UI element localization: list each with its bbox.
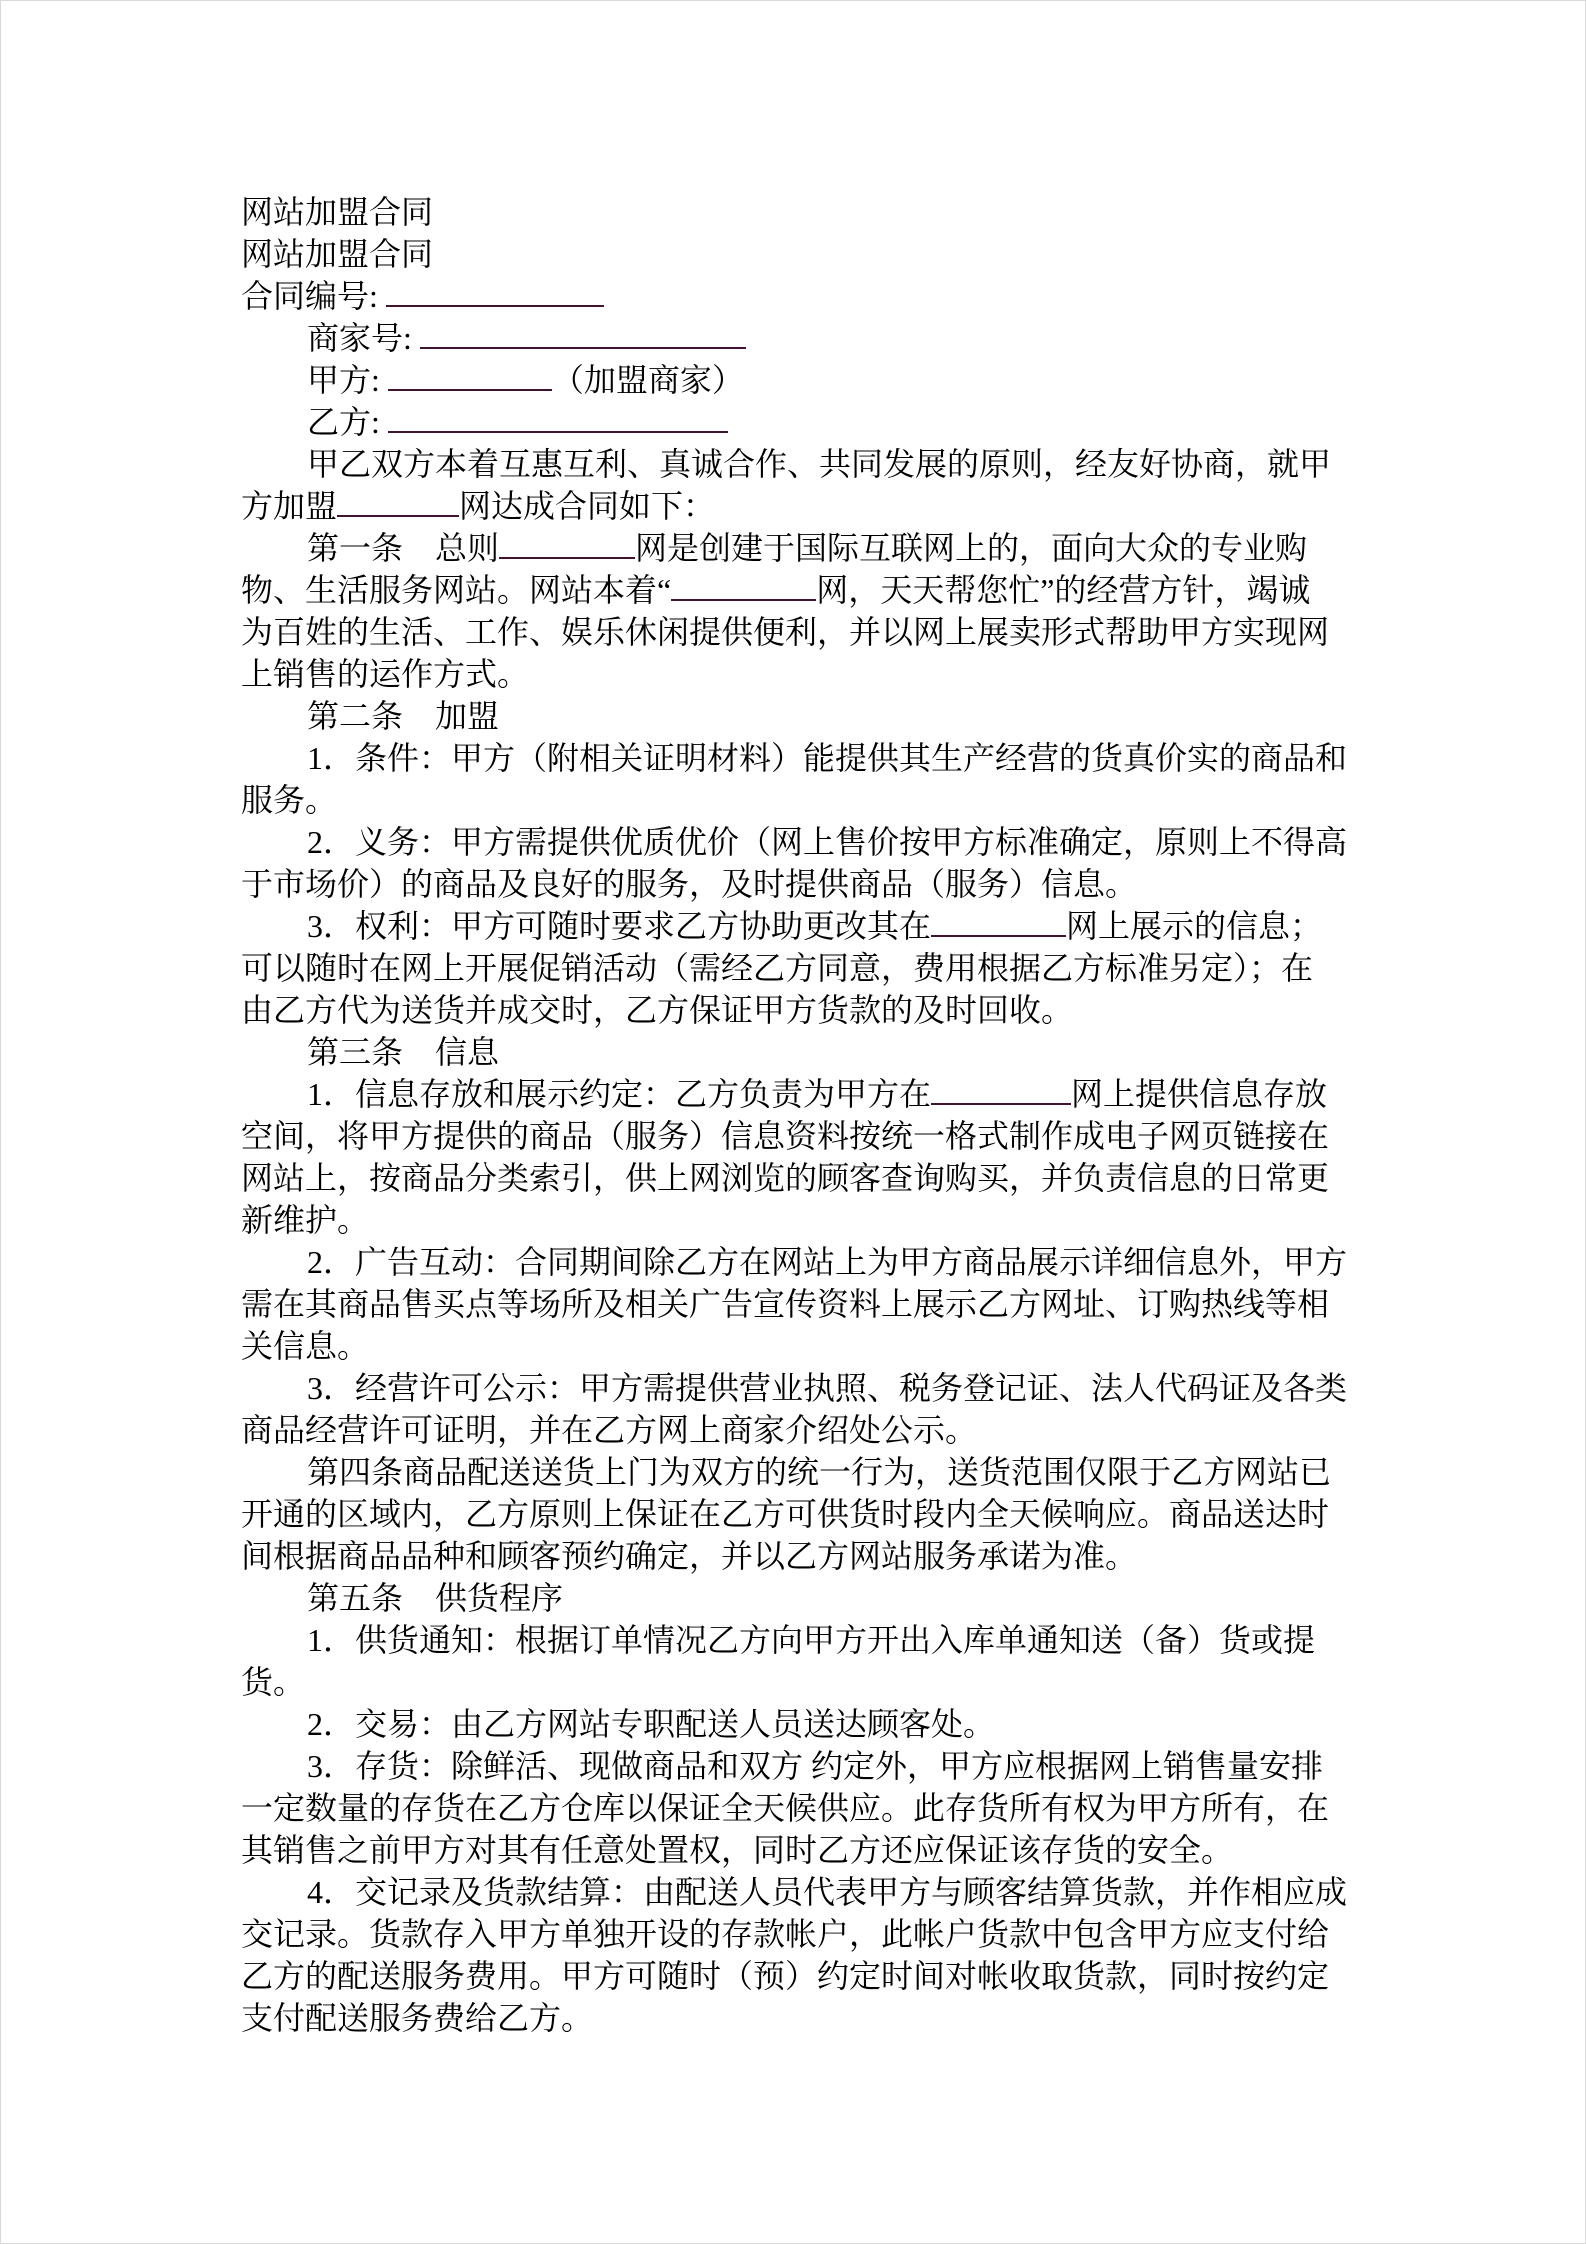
doc-line: 间根据商品品种和顾客预约确定，并以乙方网站服务承诺为准。: [241, 1535, 1347, 1577]
doc-line: 交记录。货款存入甲方单独开设的存款帐户，此帐户货款中包含甲方应支付给: [241, 1913, 1347, 1955]
doc-line: 1．信息存放和展示约定：乙方负责为甲方在网上提供信息存放: [241, 1073, 1347, 1115]
text-segment: 新维护。: [241, 1202, 369, 1238]
article-2-heading-line: 第二条 加盟: [241, 695, 1347, 737]
text-segment: 甲乙双方本着互惠互利、真诚合作、共同发展的原则，经友好协商，就甲: [307, 446, 1331, 482]
doc-line: 2．广告互动：合同期间除乙方在网站上为甲方商品展示详细信息外，甲方: [241, 1241, 1347, 1283]
text-segment: 方加盟: [241, 488, 337, 524]
doc-line: 新维护。: [241, 1199, 1347, 1241]
text-segment: 甲方:: [307, 362, 388, 398]
doc-line: 于市场价）的商品及良好的服务，及时提供商品（服务）信息。: [241, 863, 1347, 905]
text-segment: 网站加盟合同: [241, 236, 433, 272]
doc-line: 由乙方代为送货并成交时，乙方保证甲方货款的及时回收。: [241, 989, 1347, 1031]
text-segment: 网，天天帮您忙”的经营方针，竭诚: [816, 572, 1310, 608]
doc-line: 服务。: [241, 779, 1347, 821]
text-segment: 网站上，按商品分类索引，供上网浏览的顾客查询购买，并负责信息的日常更: [241, 1160, 1329, 1196]
doc-line: 1．供货通知：根据订单情况乙方向甲方开出入库单通知送（备）货或提: [241, 1619, 1347, 1661]
text-segment: 空间，将甲方提供的商品（服务）信息资料按统一格式制作成电子网页链接在: [241, 1118, 1329, 1154]
doc-line: 3．经营许可公示：甲方需提供营业执照、税务登记证、法人代码证及各类: [241, 1367, 1347, 1409]
doc-line: 乙方的配送服务费用。甲方可随时（预）约定时间对帐收取货款，同时按约定: [241, 1955, 1347, 1997]
doc-line: 甲乙双方本着互惠互利、真诚合作、共同发展的原则，经友好协商，就甲: [241, 443, 1347, 485]
doc-line: 4．交记录及货款结算：由配送人员代表甲方与顾客结算货款，并作相应成: [241, 1871, 1347, 1913]
text-segment: 由乙方代为送货并成交时，乙方保证甲方货款的及时回收。: [241, 992, 1073, 1028]
text-segment: 服务。: [241, 782, 337, 818]
doc-line: 支付配送服务费给乙方。: [241, 1997, 1347, 2039]
merchant-number-line: 商家号:: [241, 317, 1347, 359]
doc-line: 2．义务：甲方需提供优质优价（网上售价按甲方标准确定，原则上不得高: [241, 821, 1347, 863]
contract-number-line: 合同编号:: [241, 275, 1347, 317]
text-segment: 间根据商品品种和顾客预约确定，并以乙方网站服务承诺为准。: [241, 1538, 1137, 1574]
fill-in-blank-underline: [337, 485, 459, 517]
text-segment: （加盟商家）: [552, 362, 744, 398]
fill-in-blank-underline: [499, 527, 635, 559]
text-segment: 第二条 加盟: [307, 698, 499, 734]
doc-line: 开通的区域内，乙方原则上保证在乙方可供货时段内全天候响应。商品送达时: [241, 1493, 1347, 1535]
contract-number-blank-underline: [386, 275, 604, 307]
text-segment: 需在其商品售买点等场所及相关广告宣传资料上展示乙方网址、订购热线等相: [241, 1286, 1329, 1322]
text-segment: 其销售之前甲方对其有任意处置权，同时乙方还应保证该存货的安全。: [241, 1832, 1233, 1868]
text-segment: 1．供货通知：根据订单情况乙方向甲方开出入库单通知送（备）货或提: [307, 1622, 1315, 1658]
text-segment: 可以随时在网上开展促销活动（需经乙方同意，费用根据乙方标准另定）；在: [241, 950, 1313, 986]
article-5-heading-line: 第五条 供货程序: [241, 1577, 1347, 1619]
doc-line: 关信息。: [241, 1325, 1347, 1367]
merchant-number-blank-underline: [420, 317, 746, 349]
text-segment: 为百姓的生活、工作、娱乐休闲提供便利，并以网上展卖形式帮助甲方实现网: [241, 614, 1329, 650]
doc-line: 一定数量的存货在乙方仓库以保证全天候供应。此存货所有权为甲方所有，在: [241, 1787, 1347, 1829]
text-segment: 网达成合同如下：: [459, 488, 715, 524]
text-segment: 商品经营许可证明，并在乙方网上商家介绍处公示。: [241, 1412, 977, 1448]
text-segment: 网上展示的信息；: [1066, 908, 1322, 944]
text-segment: 物、生活服务网站。网站本着“: [241, 572, 671, 608]
text-segment: 3．存货：除鲜活、现做商品和双方 约定外，甲方应根据网上销售量安排: [307, 1748, 1323, 1784]
text-segment: 乙方的配送服务费用。甲方可随时（预）约定时间对帐收取货款，同时按约定: [241, 1958, 1329, 1994]
text-segment: 商家号:: [307, 320, 420, 356]
party-b-blank-underline: [388, 401, 728, 433]
text-segment: 4．交记录及货款结算：由配送人员代表甲方与顾客结算货款，并作相应成: [307, 1874, 1347, 1910]
text-segment: 1．信息存放和展示约定：乙方负责为甲方在: [307, 1076, 931, 1112]
text-segment: 1．条件：甲方（附相关证明材料）能提供其生产经营的货真价实的商品和: [307, 740, 1347, 776]
fill-in-blank-underline: [931, 905, 1066, 937]
fill-in-blank-underline: [671, 569, 816, 601]
doc-line: 货。: [241, 1661, 1347, 1703]
article-3-heading-line: 第三条 信息: [241, 1031, 1347, 1073]
doc-line: 3．存货：除鲜活、现做商品和双方 约定外，甲方应根据网上销售量安排: [241, 1745, 1347, 1787]
article-1-heading-line: 第一条 总则网是创建于国际互联网上的，面向大众的专业购: [241, 527, 1347, 569]
doc-line: 方加盟网达成合同如下：: [241, 485, 1347, 527]
doc-line: 需在其商品售买点等场所及相关广告宣传资料上展示乙方网址、订购热线等相: [241, 1283, 1347, 1325]
text-segment: 3．经营许可公示：甲方需提供营业执照、税务登记证、法人代码证及各类: [307, 1370, 1347, 1406]
doc-line: 1．条件：甲方（附相关证明材料）能提供其生产经营的货真价实的商品和: [241, 737, 1347, 779]
text-segment: 交记录。货款存入甲方单独开设的存款帐户，此帐户货款中包含甲方应支付给: [241, 1916, 1329, 1952]
text-segment: 关信息。: [241, 1328, 369, 1364]
doc-line: 2．交易：由乙方网站专职配送人员送达顾客处。: [241, 1703, 1347, 1745]
contract-title-line: 网站加盟合同: [241, 233, 1347, 275]
text-segment: 第四条商品配送送货上门为双方的统一行为，送货范围仅限于乙方网站已: [307, 1454, 1331, 1490]
contract-document: 网站加盟合同 网站加盟合同 合同编号: 商家号: 甲方: （加盟商家） 乙方: …: [1, 1, 1586, 2039]
doc-line: 商品经营许可证明，并在乙方网上商家介绍处公示。: [241, 1409, 1347, 1451]
text-segment: 2．义务：甲方需提供优质优价（网上售价按甲方标准确定，原则上不得高: [307, 824, 1347, 860]
text-segment: 开通的区域内，乙方原则上保证在乙方可供货时段内全天候响应。商品送达时: [241, 1496, 1329, 1532]
article-4-line: 第四条商品配送送货上门为双方的统一行为，送货范围仅限于乙方网站已: [241, 1451, 1347, 1493]
text-segment: 第一条 总则: [307, 530, 499, 566]
text-segment: 2．广告互动：合同期间除乙方在网站上为甲方商品展示详细信息外，甲方: [307, 1244, 1347, 1280]
text-segment: 一定数量的存货在乙方仓库以保证全天候供应。此存货所有权为甲方所有，在: [241, 1790, 1329, 1826]
doc-line: 网站上，按商品分类索引，供上网浏览的顾客查询购买，并负责信息的日常更: [241, 1157, 1347, 1199]
text-segment: 第五条 供货程序: [307, 1580, 563, 1616]
text-segment: 2．交易：由乙方网站专职配送人员送达顾客处。: [307, 1706, 995, 1742]
contract-page: { "document": { "title": "网站加盟合同", "unde…: [0, 0, 1586, 2244]
text-segment: 合同编号:: [241, 278, 386, 314]
doc-line: 3．权利：甲方可随时要求乙方协助更改其在网上展示的信息；: [241, 905, 1347, 947]
text-segment: 第三条 信息: [307, 1034, 499, 1070]
text-segment: 支付配送服务费给乙方。: [241, 2000, 593, 2036]
fill-in-blank-underline: [931, 1073, 1071, 1105]
text-segment: 3．权利：甲方可随时要求乙方协助更改其在: [307, 908, 931, 944]
contract-title-line: 网站加盟合同: [241, 191, 1347, 233]
text-segment: 网上提供信息存放: [1071, 1076, 1327, 1112]
party-b-line: 乙方:: [241, 401, 1347, 443]
doc-line: 其销售之前甲方对其有任意处置权，同时乙方还应保证该存货的安全。: [241, 1829, 1347, 1871]
doc-line: 物、生活服务网站。网站本着“网，天天帮您忙”的经营方针，竭诚: [241, 569, 1347, 611]
doc-line: 可以随时在网上开展促销活动（需经乙方同意，费用根据乙方标准另定）；在: [241, 947, 1347, 989]
text-segment: 货。: [241, 1664, 305, 1700]
party-a-blank-underline: [388, 359, 552, 391]
text-segment: 乙方:: [307, 404, 388, 440]
text-segment: 网站加盟合同: [241, 194, 433, 230]
text-segment: 上销售的运作方式。: [241, 656, 529, 692]
doc-line: 空间，将甲方提供的商品（服务）信息资料按统一格式制作成电子网页链接在: [241, 1115, 1347, 1157]
text-segment: 于市场价）的商品及良好的服务，及时提供商品（服务）信息。: [241, 866, 1137, 902]
text-segment: 网是创建于国际互联网上的，面向大众的专业购: [635, 530, 1307, 566]
doc-line: 为百姓的生活、工作、娱乐休闲提供便利，并以网上展卖形式帮助甲方实现网: [241, 611, 1347, 653]
party-a-line: 甲方: （加盟商家）: [241, 359, 1347, 401]
doc-line: 上销售的运作方式。: [241, 653, 1347, 695]
